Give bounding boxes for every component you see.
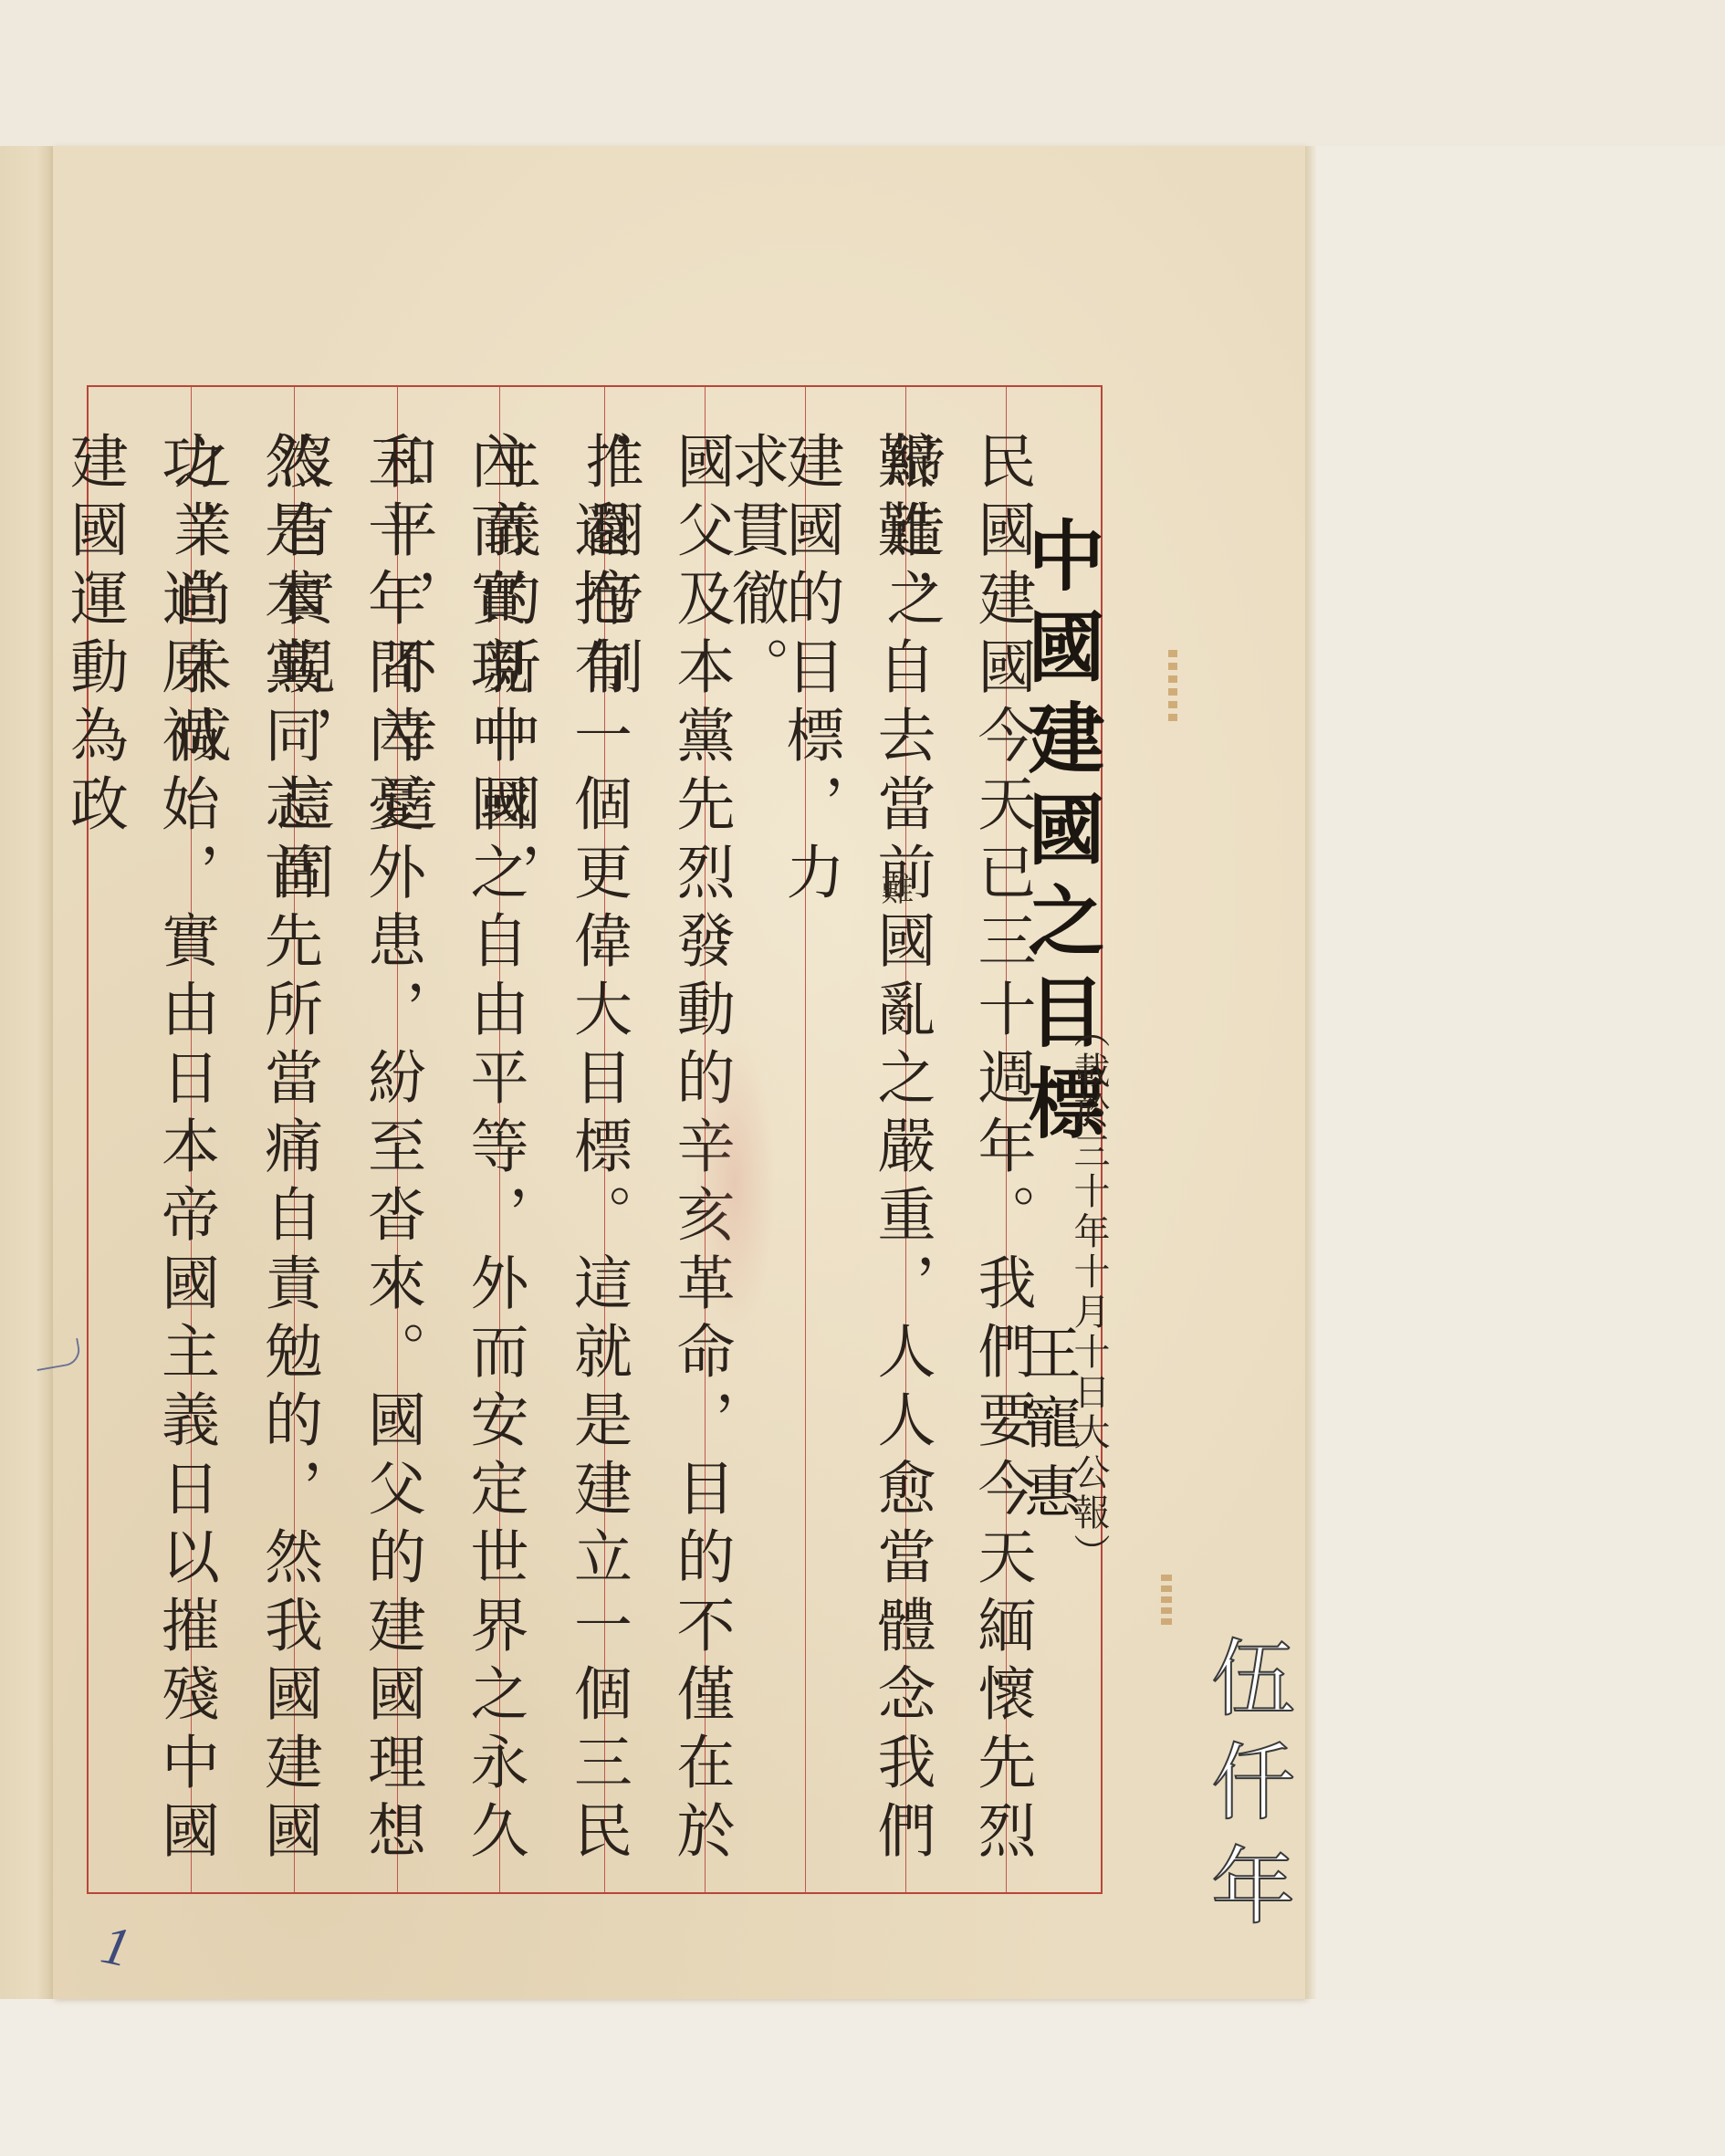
- backdrop-bottom: [0, 1999, 1725, 2156]
- faded-red-stamp: [694, 1031, 776, 1333]
- insertion-correction: 難: [876, 872, 913, 905]
- previous-page-edge: [0, 146, 54, 1999]
- margin-stain-mark: [1161, 1575, 1172, 1629]
- watermark-text: 伍仟年: [1196, 1634, 1296, 1946]
- page-shadow: [1305, 146, 1316, 1999]
- author-name: 王寵惠: [1011, 1324, 1084, 1532]
- column-2-text: 艱難，自去當前國亂之嚴重，人人愈當體念我們建國的目標，力: [806, 387, 905, 1892]
- column-9-text: 功，追原禍始，實由日本帝國主義日以摧殘中國建國運動為政: [89, 387, 191, 1892]
- ruled-manuscript-grid: 民國建國今天已三十週年。我們要今天緬懷先烈締造之 艱難，自去當前國亂之嚴重，人人…: [87, 385, 1103, 1894]
- backdrop-top: [0, 0, 1725, 146]
- column-2: 艱難，自去當前國亂之嚴重，人人愈當體念我們建國的目標，力: [805, 387, 905, 1892]
- column-9: 功，追原禍始，實由日本帝國主義日以摧殘中國建國運動為政: [89, 387, 191, 1892]
- margin-stain-mark: [1168, 650, 1177, 723]
